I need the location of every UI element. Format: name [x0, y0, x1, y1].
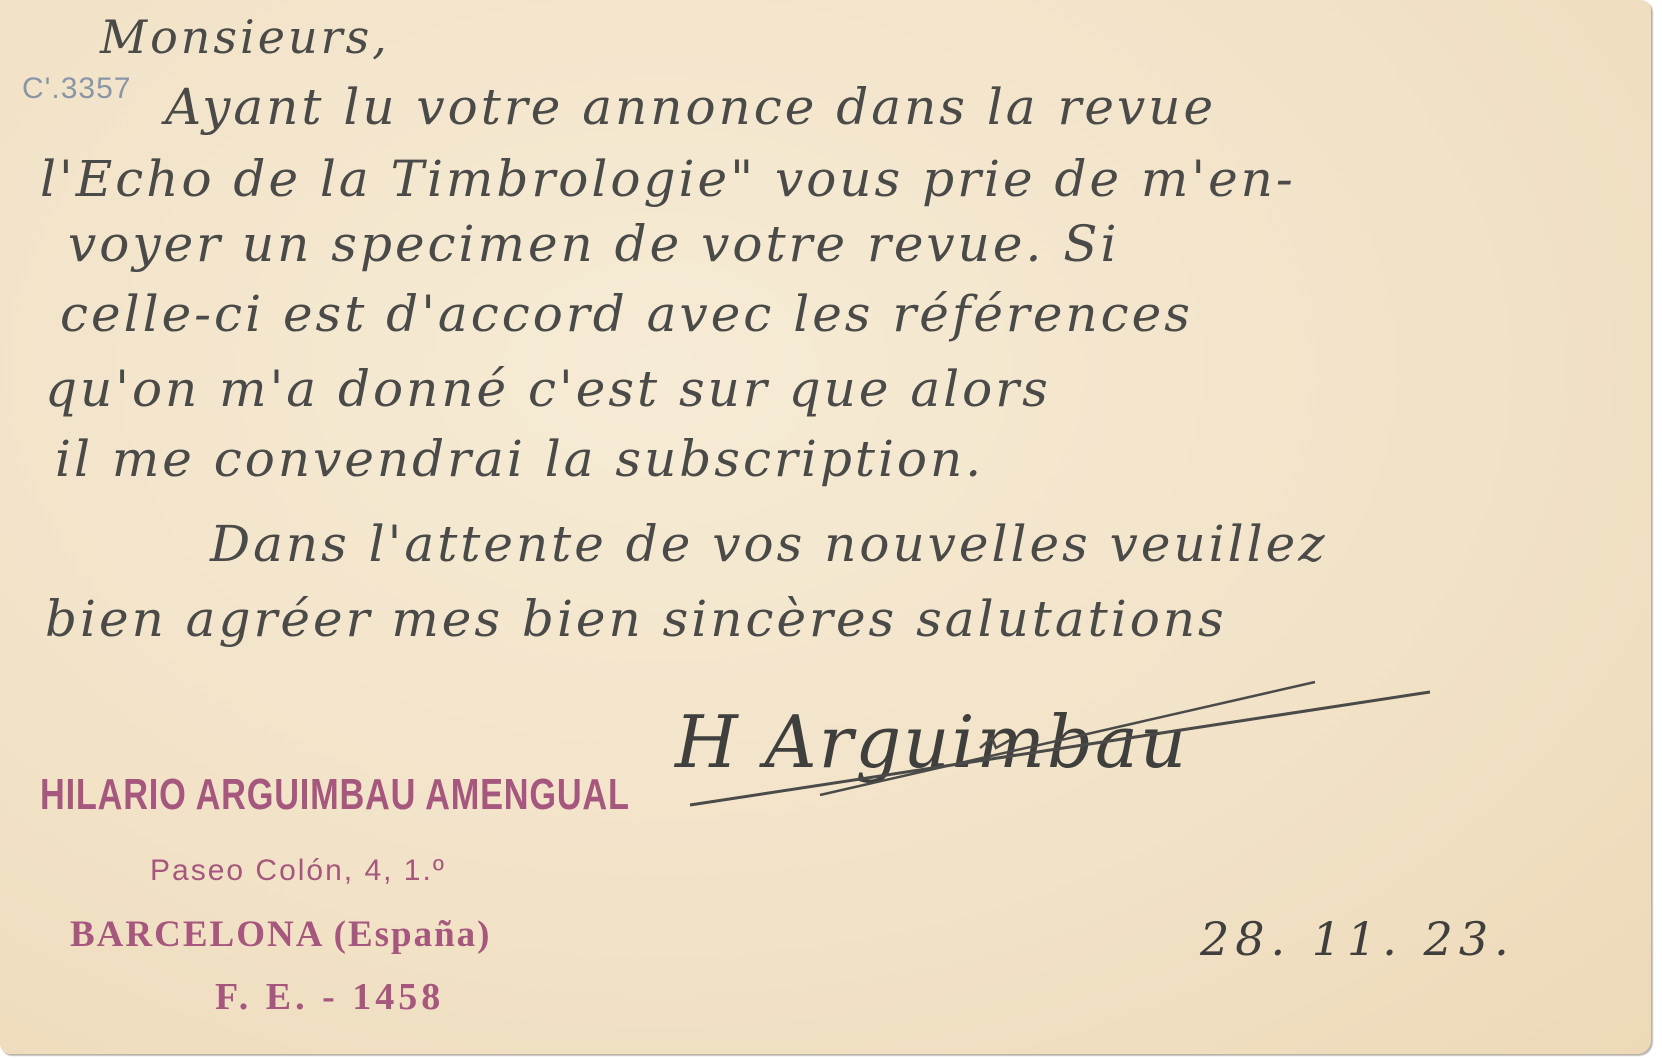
- postcard: C'.3357 Monsieurs, Ayant lu votre annonc…: [0, 0, 1651, 1054]
- stamp-code: F. E. - 1458: [215, 975, 444, 1019]
- stamp-name: HILARIO ARGUIMBAU AMENGUAL: [40, 770, 630, 820]
- signature-flourish: [0, 0, 1662, 1058]
- stamp-city: BARCELONA (España): [70, 913, 492, 956]
- stamp-address: Paseo Colón, 4, 1.º: [150, 854, 446, 888]
- date: 28. 11. 23.: [1200, 912, 1515, 966]
